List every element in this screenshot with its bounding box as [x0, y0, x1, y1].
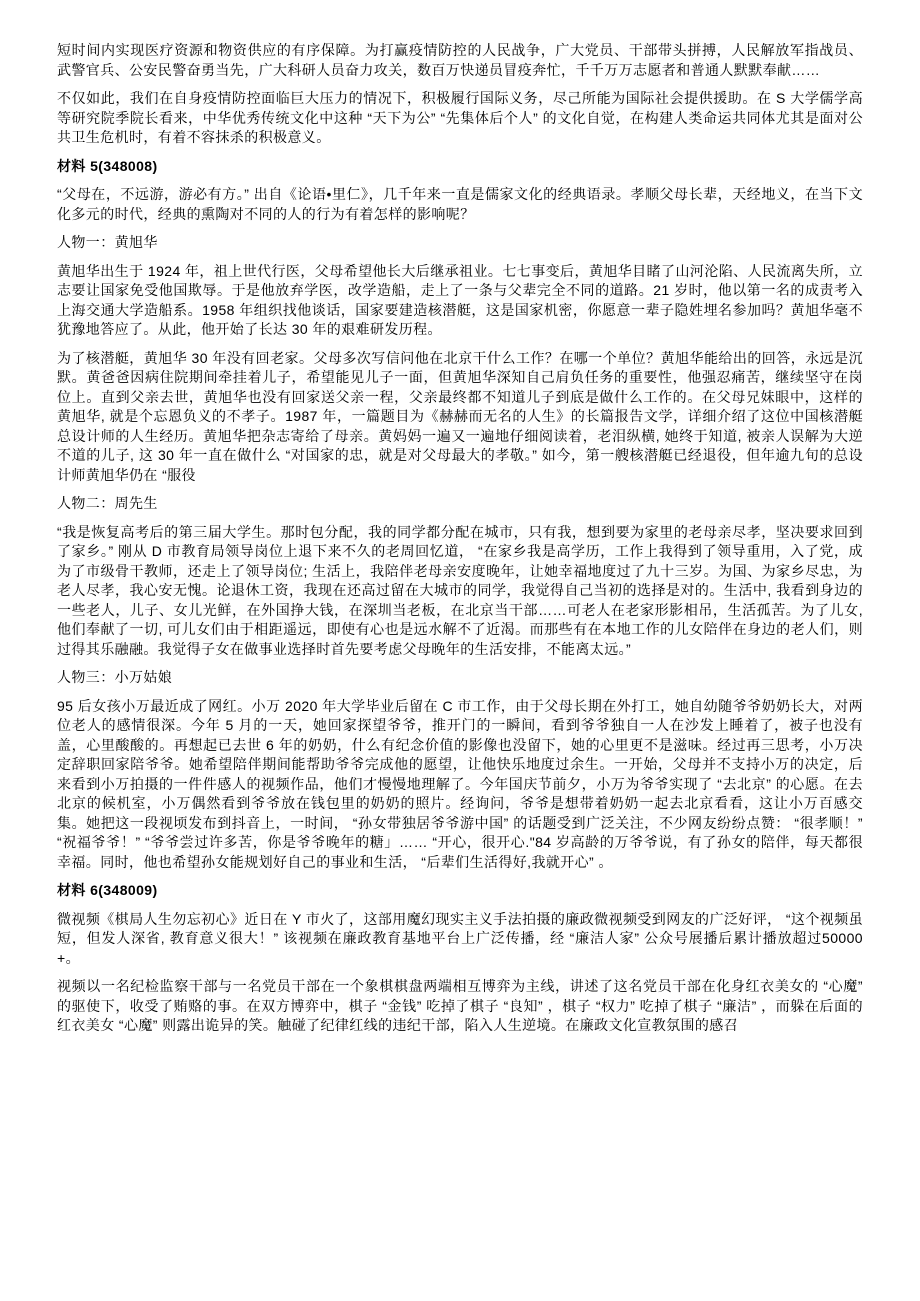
paragraph-huangxuhua-submarine: 为了核潜艇，黄旭华 30 年没有回老家。父母多次写信问他在北京干什么工作？在哪一…	[57, 349, 863, 486]
person-3-heading: 人物三：小万姑娘	[57, 668, 863, 688]
person-2-heading: 人物二：周先生	[57, 494, 863, 514]
paragraph-mr-zhou: “我是恢复高考后的第三届大学生。那时包分配，我的同学都分配在城市，只有我，想到要…	[57, 523, 863, 660]
material-6-heading: 材料 6(348009)	[57, 881, 863, 901]
paragraph-epidemic-response: 短时间内实现医疗资源和物资供应的有序保障。为打赢疫情防控的人民战争，广大党员、干…	[57, 41, 863, 80]
document-page: 短时间内实现医疗资源和物资供应的有序保障。为打赢疫情防控的人民战争，广大党员、干…	[0, 0, 920, 1301]
paragraph-chess-video-plot: 视频以一名纪检监察干部与一名党员干部在一个象棋棋盘两端相互博弈为主线，讲述了这名…	[57, 977, 863, 1036]
paragraph-confucius-quote: “父母在，不远游，游必有方。” 出自《论语•里仁》，几千年来一直是儒家文化的经典…	[57, 185, 863, 224]
material-5-heading: 材料 5(348008)	[57, 157, 863, 177]
paragraph-international-aid: 不仅如此，我们在自身疫情防控面临巨大压力的情况下，积极履行国际义务，尽己所能为国…	[57, 89, 863, 148]
person-1-heading: 人物一：黄旭华	[57, 233, 863, 253]
paragraph-xiaowan: 95 后女孩小万最近成了网红。小万 2020 年大学毕业后留在 C 市工作，由于…	[57, 697, 863, 873]
paragraph-micro-video-intro: 微视频《棋局人生勿忘初心》近日在 Y 市火了，这部用魔幻现实主义手法拍摄的廉政微…	[57, 910, 863, 969]
paragraph-huangxuhua-early-life: 黄旭华出生于 1924 年，祖上世代行医，父母希望他长大后继承祖业。七七事变后，…	[57, 262, 863, 340]
